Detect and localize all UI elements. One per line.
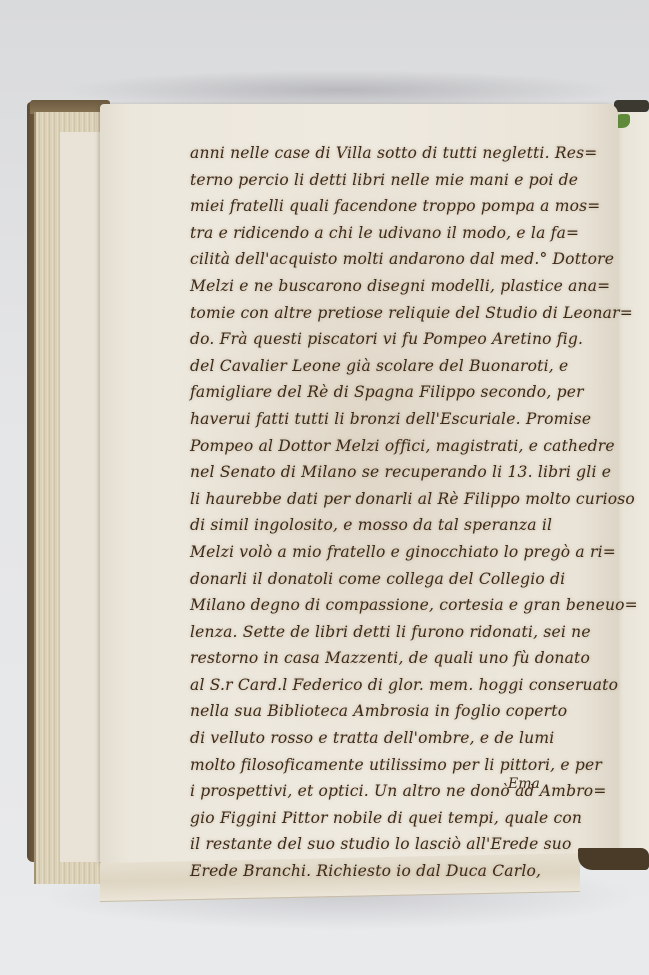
binding-fragment-top: [614, 100, 649, 112]
text-line: anni nelle case di Villa sotto di tutti …: [190, 140, 550, 167]
text-line: molto filosoficamente utilissimo per li …: [190, 752, 550, 779]
text-line: il restante del suo studio lo lasciò all…: [190, 831, 550, 858]
binding-fragment-bottom: [578, 848, 649, 870]
previous-leaf: [60, 132, 104, 862]
text-line: nella sua Biblioteca Ambrosia in foglio …: [190, 698, 550, 725]
text-line: del Cavalier Leone già scolare del Buona…: [190, 353, 550, 380]
text-line: tra e ridicendo a chi le udivano il modo…: [190, 220, 550, 247]
text-line: i prospettivi, et optici. Un altro ne do…: [190, 778, 550, 805]
manuscript-text-block: anni nelle case di Villa sotto di tutti …: [190, 140, 550, 885]
text-line: cilità dell'acquisto molti andarono dal …: [190, 246, 550, 273]
text-line: famigliare del Rè di Spagna Filippo seco…: [190, 379, 550, 406]
text-line: li haurebbe dati per donarli al Rè Filip…: [190, 486, 550, 513]
catchword: Ema: [508, 776, 540, 792]
text-line: tomie con altre pretiose reliquie del St…: [190, 300, 550, 327]
text-line: donarli il donatoli come collega del Col…: [190, 566, 550, 593]
text-line: Melzi volò a mio fratello e ginocchiato …: [190, 539, 550, 566]
text-line: al S.r Card.l Federico di glor. mem. hog…: [190, 672, 550, 699]
text-line: Melzi e ne buscarono disegni modelli, pl…: [190, 273, 550, 300]
text-line: Milano degno di compassione, cortesia e …: [190, 592, 550, 619]
text-line: terno percio li detti libri nelle mie ma…: [190, 167, 550, 194]
text-line: gio Figgini Pittor nobile di quei tempi,…: [190, 805, 550, 832]
text-line: miei fratelli quali facendone troppo pom…: [190, 193, 550, 220]
text-line: lenza. Sette de libri detti li furono ri…: [190, 619, 550, 646]
text-line: Pompeo al Dottor Melzi offici, magistrat…: [190, 433, 550, 460]
text-line: restorno in casa Mazzenti, de quali uno …: [190, 645, 550, 672]
text-line: do. Frà questi piscatori vi fu Pompeo Ar…: [190, 326, 550, 353]
text-line: Erede Branchi. Richiesto io dal Duca Car…: [190, 858, 550, 885]
text-line: di simil ingolosito, e mosso da tal sper…: [190, 512, 550, 539]
text-line: nel Senato di Milano se recuperando li 1…: [190, 459, 550, 486]
text-line: haverui fatti tutti li bronzi dell'Escur…: [190, 406, 550, 433]
text-line: di velluto rosso e tratta dell'ombre, e …: [190, 725, 550, 752]
